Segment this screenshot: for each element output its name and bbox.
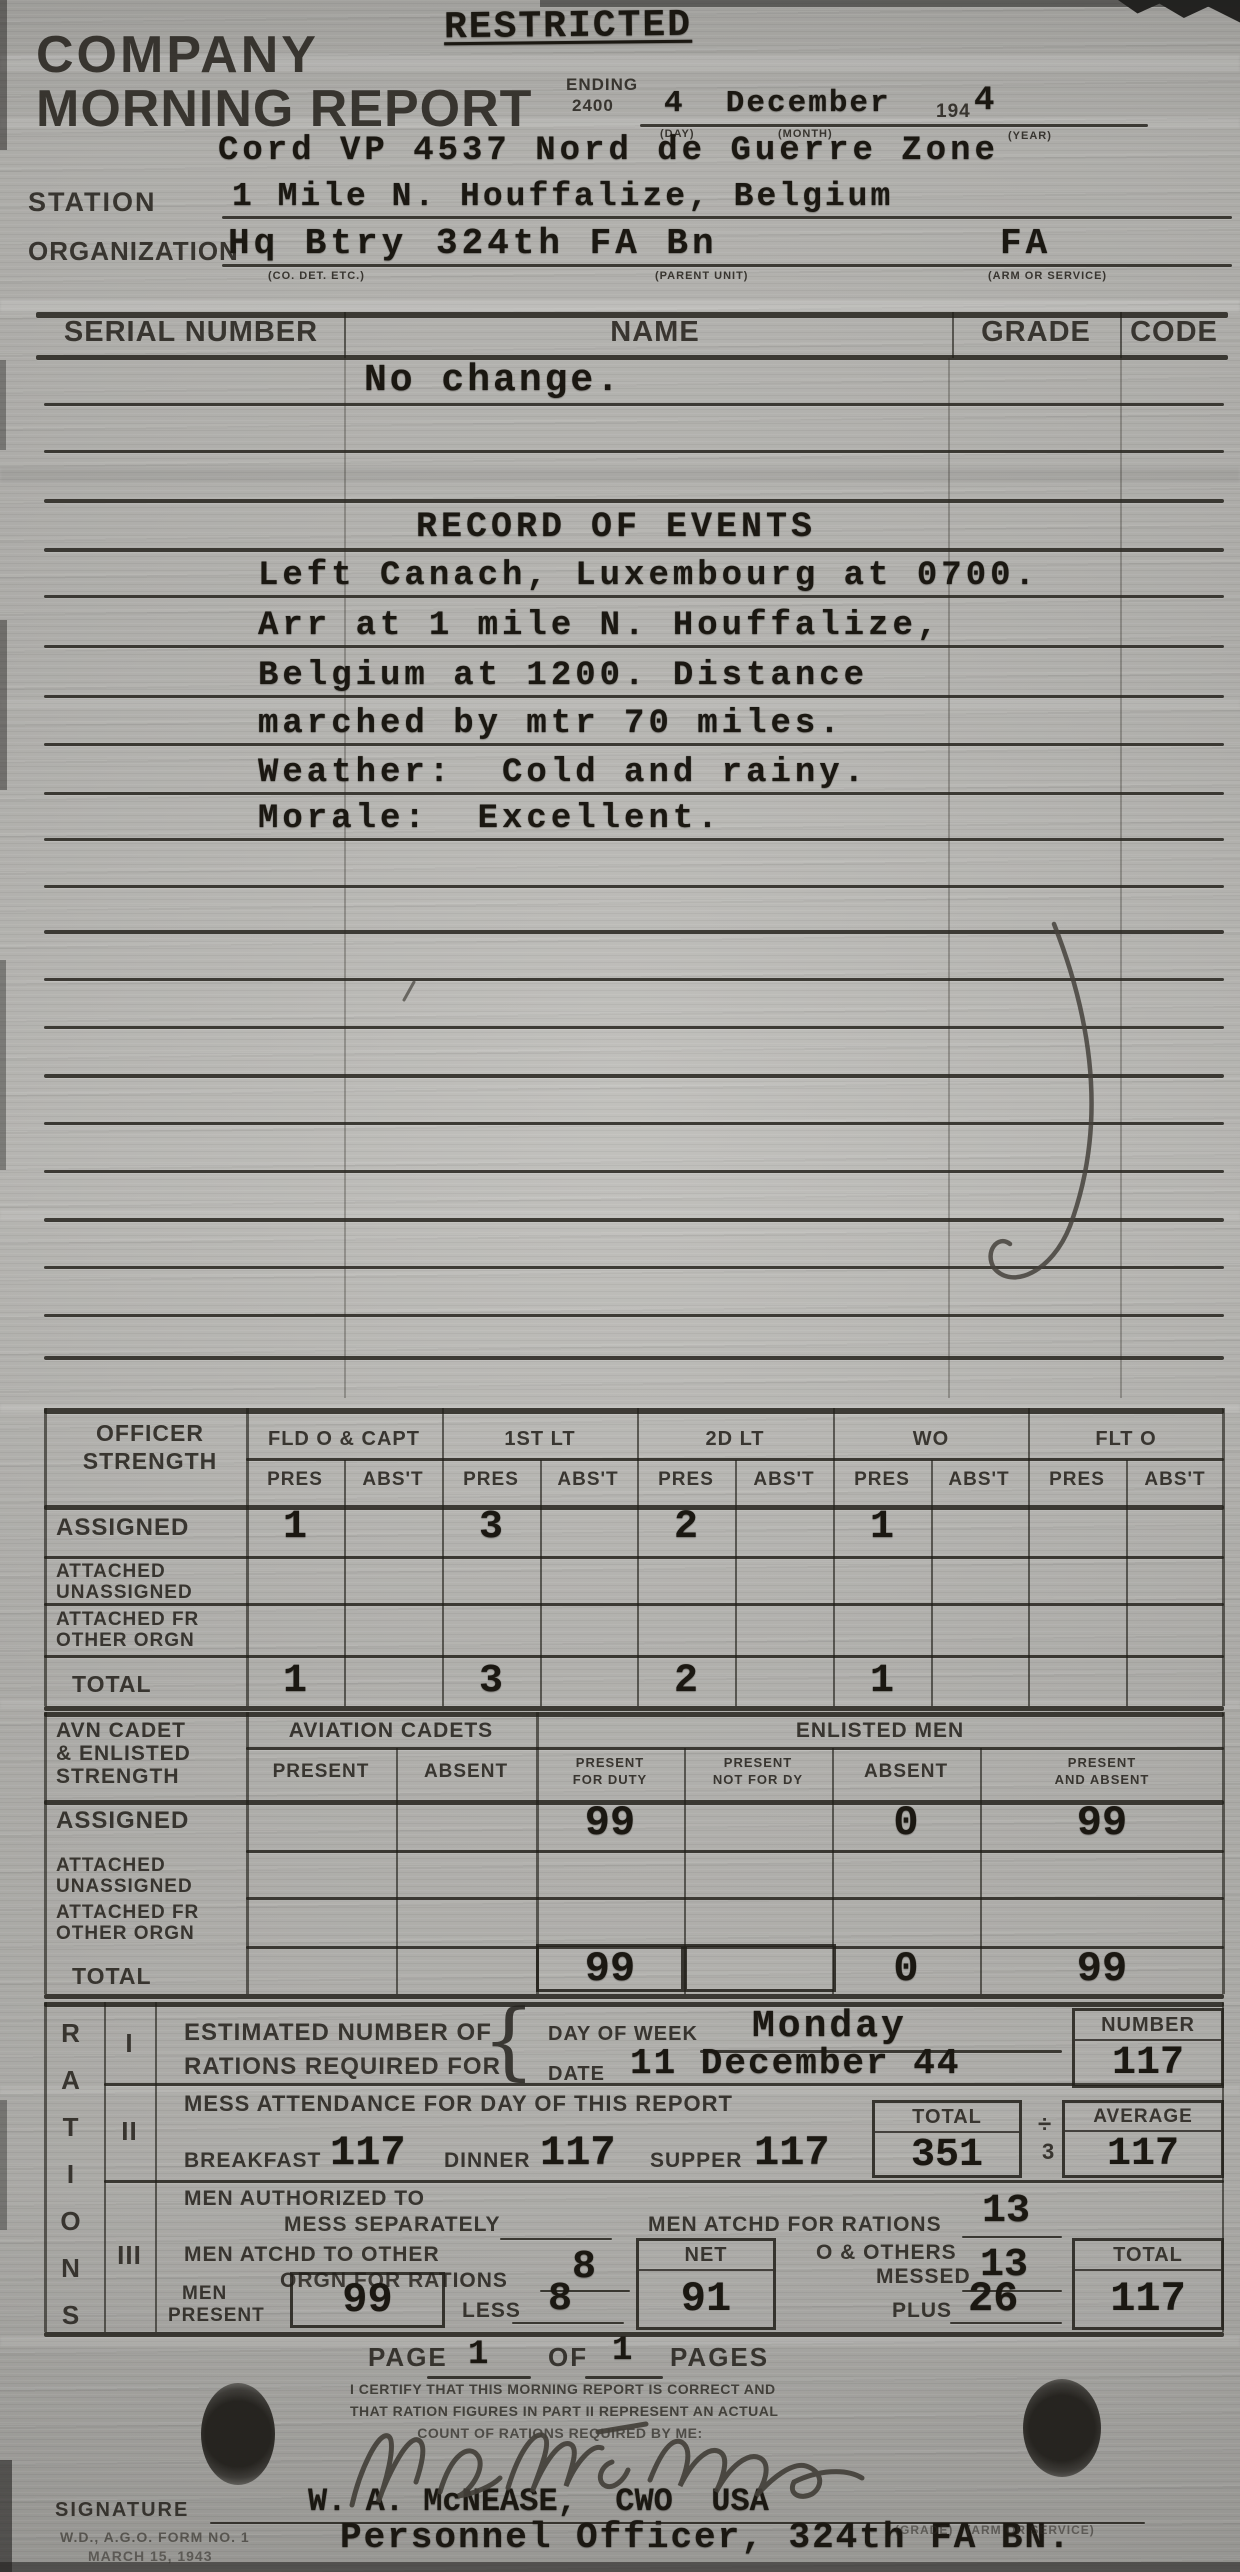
- typed-signature-name: W. A. McNEASE, CWO USA: [308, 2486, 769, 2518]
- officer-assigned-value: 3: [446, 1508, 536, 1548]
- grid-line: [540, 1460, 542, 1706]
- station-value: 1 Mile N. Houffalize, Belgium: [232, 180, 893, 213]
- pres-header: PRES: [1032, 1470, 1122, 1490]
- breakfast-value: 117: [330, 2132, 406, 2174]
- grid-line: [246, 1408, 249, 1706]
- ruled-line: [44, 499, 1224, 503]
- ruled-line: [44, 1266, 1224, 1269]
- officer-assigned-value: 2: [641, 1508, 731, 1548]
- enlisted-total-pa: 99: [1052, 1948, 1152, 1990]
- date-underline: [640, 124, 1148, 127]
- row-label-attached-unassigned: ATTACHED: [56, 1562, 166, 1582]
- plus-underline: [950, 2322, 1062, 2324]
- rations-date-value: 11 December 44: [630, 2046, 960, 2082]
- total-pnfd-box: [684, 1944, 836, 1992]
- ruled-line: [44, 978, 1224, 981]
- grid-line: [44, 2002, 47, 2332]
- page-edge: [0, 2460, 12, 2572]
- ruled-line: [44, 1026, 1224, 1029]
- cadet-present-header: PRESENT: [266, 1762, 376, 1782]
- group-aviation-cadets: AVIATION CADETS: [251, 1720, 531, 1742]
- grid-line: [396, 1748, 398, 1994]
- o-and-others-label: O & OTHERS: [816, 2242, 957, 2264]
- grade-arm-sublabel: (GRADE) (ARM OR SERVICE): [895, 2524, 1095, 2537]
- certification-line: THAT RATION FIGURES IN PART II REPRESENT…: [350, 2404, 770, 2419]
- certification-line: I CERTIFY THAT THIS MORNING REPORT IS CO…: [350, 2382, 770, 2397]
- net-label: NET: [639, 2241, 773, 2271]
- pres-header: PRES: [446, 1470, 536, 1490]
- form-number: W.D., A.G.O. FORM NO. 1: [60, 2530, 250, 2545]
- row-label-attached-fr-other: ATTACHED FR: [56, 1610, 199, 1630]
- ruled-line: [104, 2180, 1224, 2183]
- ruled-line: [246, 1747, 1224, 1750]
- enlisted-assigned-pfd: 99: [560, 1802, 660, 1844]
- ruled-line: [44, 2002, 1224, 2007]
- net-box: NET 91: [636, 2238, 776, 2330]
- men-authorized-label: MEN AUTHORIZED TO: [184, 2188, 425, 2210]
- coordinate-line: Cord VP 4537 Nord de Guerre Zone: [218, 134, 999, 168]
- ruled-line: [44, 645, 1224, 648]
- grid-line: [344, 312, 346, 358]
- section-i: I: [104, 2030, 155, 2058]
- cadet-enlisted-label: STRENGTH: [56, 1766, 180, 1788]
- supper-label: SUPPER: [650, 2150, 742, 2172]
- ruled-line: [44, 1074, 1224, 1078]
- page-edge: [0, 2100, 7, 2230]
- officer-total-value: 1: [837, 1662, 927, 1702]
- organization-arm: FA: [1000, 226, 1051, 262]
- scan-streak: [0, 300, 1240, 312]
- grid-line: [1222, 1712, 1225, 1994]
- org-unit-sublabel: (CO. DET. ETC.): [268, 271, 365, 283]
- dinner-label: DINNER: [444, 2150, 531, 2172]
- ruled-line: [44, 792, 1224, 795]
- ruled-line: [44, 1712, 1224, 1717]
- officer-total-value: 2: [641, 1662, 731, 1702]
- ruled-line: [44, 1408, 1224, 1414]
- event-line: Arr at 1 mile N. Houffalize,: [258, 609, 941, 643]
- net-value: 91: [639, 2271, 773, 2323]
- page-edge: [0, 620, 7, 790]
- enlisted-pnfd-header: NOT FOR DY: [698, 1773, 818, 1787]
- ruled-line: [44, 1556, 1224, 1559]
- organization-underline: [222, 264, 1232, 267]
- grid-line: [931, 1460, 933, 1706]
- ruled-line: [44, 1122, 1224, 1125]
- row-label-total: TOTAL: [72, 1964, 152, 1988]
- grid-line: [344, 1460, 346, 1706]
- ruled-line: [44, 595, 1224, 598]
- ruled-line: [44, 930, 1224, 934]
- average-value: 117: [1065, 2132, 1221, 2177]
- certification-line: COUNT OF RATIONS REQUIRED BY ME:: [350, 2426, 770, 2441]
- grid-line: [246, 1712, 249, 1994]
- average-box: AVERAGE 117: [1062, 2100, 1224, 2178]
- ruled-line: [44, 548, 1224, 552]
- officer-strength-label: OFFICER: [60, 1421, 240, 1445]
- rations-estimated-label: ESTIMATED NUMBER OF: [184, 2020, 492, 2045]
- day-of-week-label: DAY OF WEEK: [548, 2024, 698, 2045]
- ruled-line: [246, 1897, 1224, 1900]
- pages-number: 1: [612, 2334, 632, 2368]
- ruled-line: [44, 450, 1224, 453]
- less-label: LESS: [462, 2300, 521, 2322]
- ruled-line: [44, 695, 1224, 698]
- pages-underline: [585, 2376, 663, 2379]
- form-date: MARCH 15, 1943: [88, 2549, 213, 2564]
- section-iii: III: [104, 2242, 155, 2270]
- ruled-line: [44, 1655, 1224, 1658]
- men-atchd-rations-value: 13: [982, 2192, 1030, 2232]
- morning-report-scan: RESTRICTED COMPANY MORNING REPORT ENDING…: [0, 0, 1240, 2572]
- column-serial-number: SERIAL NUMBER: [56, 317, 326, 348]
- officer-group-fldo-capt: FLD O & CAPT: [249, 1429, 439, 1450]
- grid-line: [1120, 358, 1122, 1398]
- rations-total-box: TOTAL 117: [1072, 2238, 1224, 2330]
- grid-line: [1126, 1460, 1128, 1706]
- pres-header: PRES: [837, 1470, 927, 1490]
- enlisted-pnfd-header: PRESENT: [698, 1756, 818, 1770]
- pages-label: PAGES: [670, 2344, 769, 2372]
- mess-total-box: TOTAL 351: [872, 2100, 1022, 2178]
- officer-group-wo: WO: [836, 1429, 1026, 1450]
- breakfast-label: BREAKFAST: [184, 2150, 321, 2172]
- page-edge: [0, 360, 6, 450]
- grid-line: [155, 2002, 157, 2332]
- form-title-line2: MORNING REPORT: [36, 82, 532, 137]
- mess-total-label: TOTAL: [875, 2103, 1019, 2133]
- section-ii: II: [104, 2118, 155, 2146]
- officer-total-value: 3: [446, 1662, 536, 1702]
- officer-assigned-value: 1: [837, 1508, 927, 1548]
- group-enlisted-men: ENLISTED MEN: [536, 1720, 1224, 1742]
- plus-label: PLUS: [892, 2300, 952, 2322]
- abst-header: ABS'T: [739, 1470, 829, 1490]
- of-label: OF: [548, 2344, 588, 2372]
- mess-attendance-title: MESS ATTENDANCE FOR DAY OF THIS REPORT: [184, 2092, 733, 2115]
- grid-line: [344, 358, 346, 1398]
- organization-parent: 324th FA Bn: [436, 226, 718, 262]
- grid-line: [833, 1408, 835, 1706]
- number-value: 117: [1075, 2041, 1221, 2086]
- year-prefix: 194: [936, 102, 971, 122]
- less-underline: [512, 2322, 624, 2324]
- rations-side-label: RATIONS: [56, 2018, 84, 2347]
- event-line: Morale: Excellent.: [258, 802, 722, 836]
- men-atchd-rations-label: MEN ATCHD FOR RATIONS: [648, 2214, 942, 2236]
- page-underline: [427, 2376, 531, 2379]
- event-line: Weather: Cold and rainy.: [258, 756, 868, 790]
- enlisted-absent-header: ABSENT: [846, 1762, 966, 1782]
- station-underline: [222, 216, 1232, 219]
- row-label-attached-fr-other: OTHER ORGN: [56, 1631, 195, 1651]
- divide-number: 3: [1042, 2140, 1055, 2163]
- ruled-line: [44, 1218, 1224, 1222]
- pres-header: PRES: [250, 1470, 340, 1490]
- enlisted-pfd-header: FOR DUTY: [550, 1773, 670, 1787]
- men-present-value: 99: [293, 2275, 442, 2325]
- ruled-line: [44, 1170, 1224, 1173]
- row-label-total: TOTAL: [72, 1672, 152, 1696]
- number-label: NUMBER: [1075, 2011, 1221, 2041]
- enlisted-assigned-pa: 99: [1052, 1802, 1152, 1844]
- ruled-line: [44, 1356, 1224, 1360]
- pres-header: PRES: [641, 1470, 731, 1490]
- cadet-enlisted-label: & ENLISTED: [56, 1743, 191, 1765]
- rations-total-value: 117: [1075, 2271, 1221, 2323]
- row-label-attached-unassigned: ATTACHED: [56, 1856, 166, 1876]
- ruled-line: [44, 885, 1224, 888]
- punch-hole-right: [1023, 2379, 1101, 2477]
- officer-assigned-value: 1: [250, 1508, 340, 1548]
- rations-estimated-label: RATIONS REQUIRED FOR: [184, 2054, 501, 2079]
- men-atchd-other-label: MEN ATCHD TO OTHER: [184, 2244, 440, 2266]
- enlisted-assigned-absent: 0: [856, 1802, 956, 1844]
- atchd-underline: [962, 2236, 1062, 2238]
- abst-header: ABS'T: [1130, 1470, 1220, 1490]
- pen-stroke: [991, 924, 1092, 1277]
- classification-stamp: RESTRICTED: [444, 7, 692, 48]
- ruled-line: [44, 1314, 1224, 1317]
- blank-underline: [500, 2238, 612, 2240]
- event-line: marched by mtr 70 miles.: [258, 707, 844, 741]
- men-atchd-other-value: 8: [572, 2248, 596, 2288]
- row-label-attached-unassigned: UNASSIGNED: [56, 1877, 193, 1897]
- ending-time: 2400: [572, 97, 614, 115]
- grid-line: [948, 358, 950, 1398]
- ruled-line: [44, 743, 1224, 746]
- ruled-line: [44, 1994, 1224, 1999]
- row-label-assigned: ASSIGNED: [56, 1808, 189, 1833]
- mess-total-value: 351: [875, 2133, 1019, 2178]
- enlisted-total-absent: 0: [856, 1948, 956, 1990]
- cadet-absent-header: ABSENT: [411, 1762, 521, 1782]
- ruled-line: [44, 838, 1224, 841]
- year-sublabel: (YEAR): [1008, 131, 1052, 143]
- grid-line: [44, 1712, 47, 1994]
- row-label-attached-fr-other: OTHER ORGN: [56, 1924, 195, 1944]
- signature-label: SIGNATURE: [55, 2500, 189, 2521]
- enlisted-pa-header: AND ABSENT: [1032, 1773, 1172, 1787]
- men-present-label: MEN: [182, 2284, 227, 2304]
- plus-value: 26: [968, 2278, 1018, 2320]
- page-number: 1: [468, 2338, 488, 2372]
- column-name: NAME: [540, 317, 770, 348]
- organization-label: ORGANIZATION: [28, 238, 239, 266]
- org-parent-sublabel: (PARENT UNIT): [655, 271, 748, 283]
- ruled-line: [44, 1603, 1224, 1606]
- event-line: Belgium at 1200. Distance: [258, 659, 868, 693]
- grid-line: [735, 1460, 737, 1706]
- record-of-events-title: RECORD OF EVENTS: [416, 510, 816, 545]
- brace: {: [482, 1998, 536, 2082]
- punch-hole-left: [201, 2383, 275, 2485]
- grid-line: [1028, 1408, 1030, 1706]
- date-label: DATE: [548, 2064, 605, 2085]
- report-year: 4: [974, 84, 994, 118]
- ruled-line: [44, 1706, 1224, 1711]
- grid-line: [44, 1408, 47, 1706]
- less-value: 8: [548, 2280, 572, 2320]
- officer-group-2d-lt: 2D LT: [640, 1429, 830, 1450]
- officer-group-1st-lt: 1ST LT: [445, 1429, 635, 1450]
- column-grade: GRADE: [962, 317, 1110, 348]
- scan-streak: [0, 468, 1240, 482]
- officer-total-value: 1: [250, 1662, 340, 1702]
- row-label-attached-fr-other: ATTACHED FR: [56, 1903, 199, 1923]
- grid-line: [1222, 1408, 1225, 1706]
- grid-line: [637, 1408, 639, 1706]
- rations-total-label: TOTAL: [1075, 2241, 1221, 2271]
- page-label: PAGE: [368, 2344, 448, 2372]
- grid-line: [980, 1748, 982, 1994]
- report-date: 4 December: [664, 88, 891, 119]
- ending-label: ENDING: [566, 76, 638, 94]
- ruled-line: [44, 2332, 1224, 2337]
- day-of-week-value: Monday: [752, 2008, 907, 2046]
- men-present-box: 99: [290, 2272, 445, 2328]
- org-arm-sublabel: (ARM OR SERVICE): [988, 271, 1107, 283]
- pen-dot: [404, 982, 414, 1000]
- ruled-line: [44, 403, 1224, 406]
- abst-header: ABS'T: [543, 1470, 633, 1490]
- row-label-assigned: ASSIGNED: [56, 1515, 189, 1540]
- grid-line: [442, 1408, 444, 1706]
- ruled-line: [246, 1850, 1224, 1853]
- page-edge: [0, 0, 7, 150]
- row-label-attached-unassigned: UNASSIGNED: [56, 1583, 193, 1603]
- messed-label: MESSED: [876, 2266, 971, 2288]
- number-box: NUMBER 117: [1072, 2008, 1224, 2088]
- grid-line: [952, 312, 954, 358]
- abst-header: ABS'T: [934, 1470, 1024, 1490]
- divide-sign: ÷: [1038, 2112, 1052, 2137]
- organization-unit: Hq Btry: [228, 226, 407, 262]
- station-label: STATION: [28, 188, 157, 217]
- page-edge: [0, 960, 6, 1170]
- officer-strength-label: STRENGTH: [60, 1449, 240, 1473]
- supper-value: 117: [754, 2132, 830, 2174]
- enlisted-pfd-header: PRESENT: [550, 1756, 670, 1770]
- roster-entry: No change.: [364, 362, 622, 400]
- men-present-label: PRESENT: [168, 2306, 265, 2326]
- ruled-line: [36, 355, 1228, 360]
- average-label: AVERAGE: [1065, 2103, 1221, 2132]
- mess-separately-label: MESS SEPARATELY: [284, 2214, 501, 2236]
- enlisted-pa-header: PRESENT: [1032, 1756, 1172, 1770]
- form-title-line1: COMPANY: [36, 28, 319, 83]
- ruled-line: [44, 1505, 1224, 1510]
- cadet-enlisted-label: AVN CADET: [56, 1720, 186, 1742]
- enlisted-total-pfd: 99: [560, 1948, 660, 1990]
- event-line: Left Canach, Luxembourg at 0700.: [258, 559, 1039, 593]
- dinner-value: 117: [540, 2132, 616, 2174]
- abst-header: ABS'T: [348, 1470, 438, 1490]
- officer-group-flt-o: FLT O: [1031, 1429, 1221, 1450]
- column-code: CODE: [1122, 317, 1226, 348]
